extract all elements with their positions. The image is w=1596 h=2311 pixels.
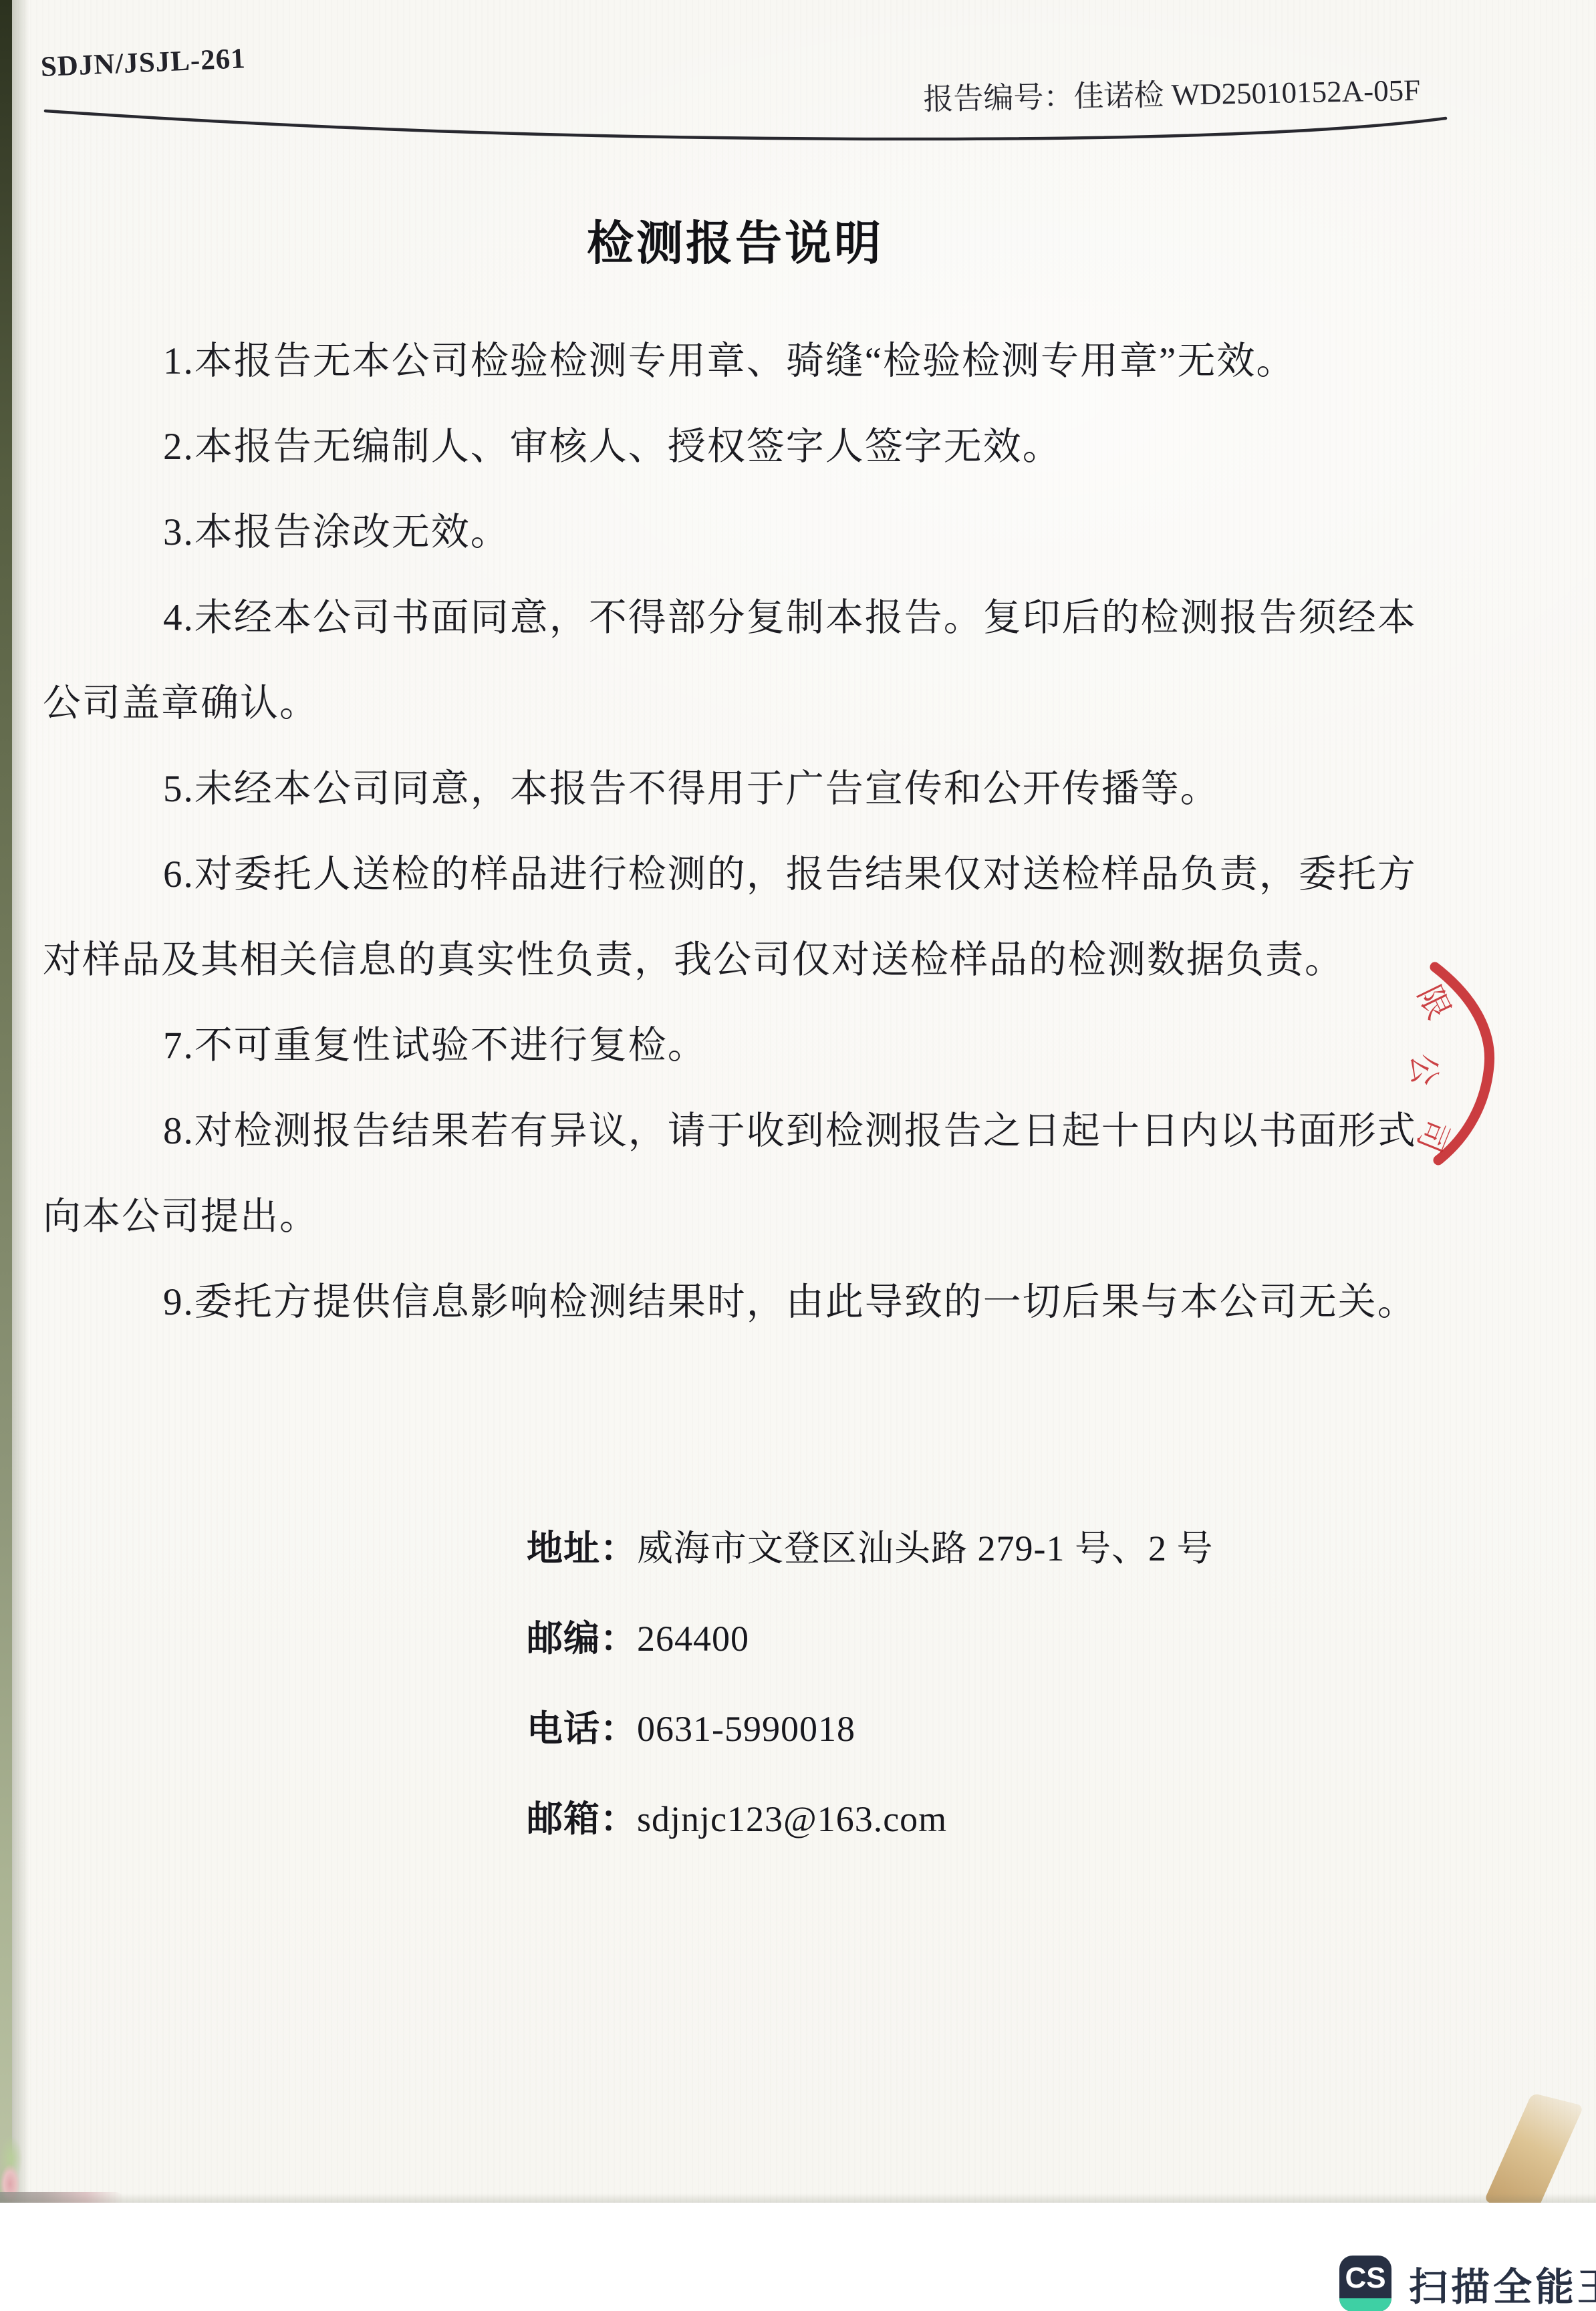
contact-label: 邮编：: [527, 1619, 637, 1659]
contact-value: 0631-5990018: [637, 1709, 855, 1749]
scanned-page: SDJN/JSJL-261 报告编号：佳诺检 WD25010152A-05F 检…: [0, 0, 1596, 2203]
note-line: 2.本报告无编制人、审核人、授权签字人签字无效。: [43, 404, 1430, 490]
report-number-value: 佳诺检 WD25010152A-05F: [1073, 74, 1421, 114]
scan-edge-artifact-left: [0, 0, 12, 2203]
contact-label: 电话：: [527, 1709, 637, 1749]
note-line: 3.本报告涂改无效。: [43, 490, 1430, 575]
scan-artifact-tan-wedge: [1484, 2093, 1584, 2203]
contact-row: 邮箱：sdjnjc123@163.com: [527, 1774, 1213, 1865]
contact-value: 264400: [637, 1619, 749, 1659]
note-line: 公司盖章确认。: [43, 661, 1430, 746]
note-line: 8.对检测报告结果若有异议，请于收到检测报告之日起十日内以书面形式: [43, 1089, 1430, 1174]
camscanner-icon: CS: [1339, 2256, 1391, 2311]
contact-label: 地址：: [527, 1528, 637, 1569]
note-line: 5.未经本公司同意，本报告不得用于广告宣传和公开传播等。: [43, 746, 1430, 832]
contact-block: 地址：威海市文登区汕头路 279-1 号、2 号 邮编：264400 电话：06…: [527, 1504, 1213, 1865]
seal-char-2: 公: [1405, 1053, 1442, 1087]
note-line: 4.未经本公司书面同意，不得部分复制本报告。复印后的检测报告须经本: [43, 575, 1430, 661]
report-number-label: 报告编号：: [923, 80, 1074, 116]
company-seal-stamp: 限 公 司: [1330, 932, 1596, 1213]
scan-artifact-smudge: [0, 2192, 124, 2203]
contact-row: 电话：0631-5990018: [527, 1684, 1213, 1774]
scan-edge-fade: [12, 0, 29, 2203]
page-title: 检测报告说明: [434, 206, 1036, 273]
contact-label: 邮箱：: [527, 1799, 637, 1839]
note-line: 1.本报告无本公司检验检测专用章、骑缝“检验检测专用章”无效。: [43, 319, 1430, 404]
note-line: 向本公司提出。: [43, 1174, 1430, 1260]
note-line: 6.对委托人送检的样品进行检测的，报告结果仅对送检样品负责，委托方: [43, 832, 1430, 918]
note-line: 对样品及其相关信息的真实性负责，我公司仅对送检样品的检测数据负责。: [43, 918, 1430, 1003]
notes-list: 1.本报告无本公司检验检测专用章、骑缝“检验检测专用章”无效。 2.本报告无编制…: [43, 319, 1430, 1345]
contact-row: 邮编：264400: [527, 1594, 1213, 1684]
contact-value: sdjnjc123@163.com: [637, 1799, 947, 1839]
scan-artifact-pink: [0, 2164, 20, 2203]
scanner-app-name: 扫描全能王: [1409, 2256, 1596, 2311]
scanner-watermark: CS 扫描全能王: [1339, 2255, 1596, 2311]
note-line: 9.委托方提供信息影响检测结果时，由此导致的一切后果与本公司无关。: [43, 1260, 1430, 1345]
note-line: 7.不可重复性试验不进行复检。: [43, 1003, 1430, 1089]
contact-value: 威海市文登区汕头路 279-1 号、2 号: [637, 1528, 1213, 1569]
camscanner-icon-letters: CS: [1339, 2258, 1391, 2298]
camscanner-icon-teal-bar: [1339, 2298, 1391, 2311]
seal-char-1: 限: [1411, 980, 1457, 1025]
contact-row: 地址：威海市文登区汕头路 279-1 号、2 号: [527, 1504, 1213, 1594]
